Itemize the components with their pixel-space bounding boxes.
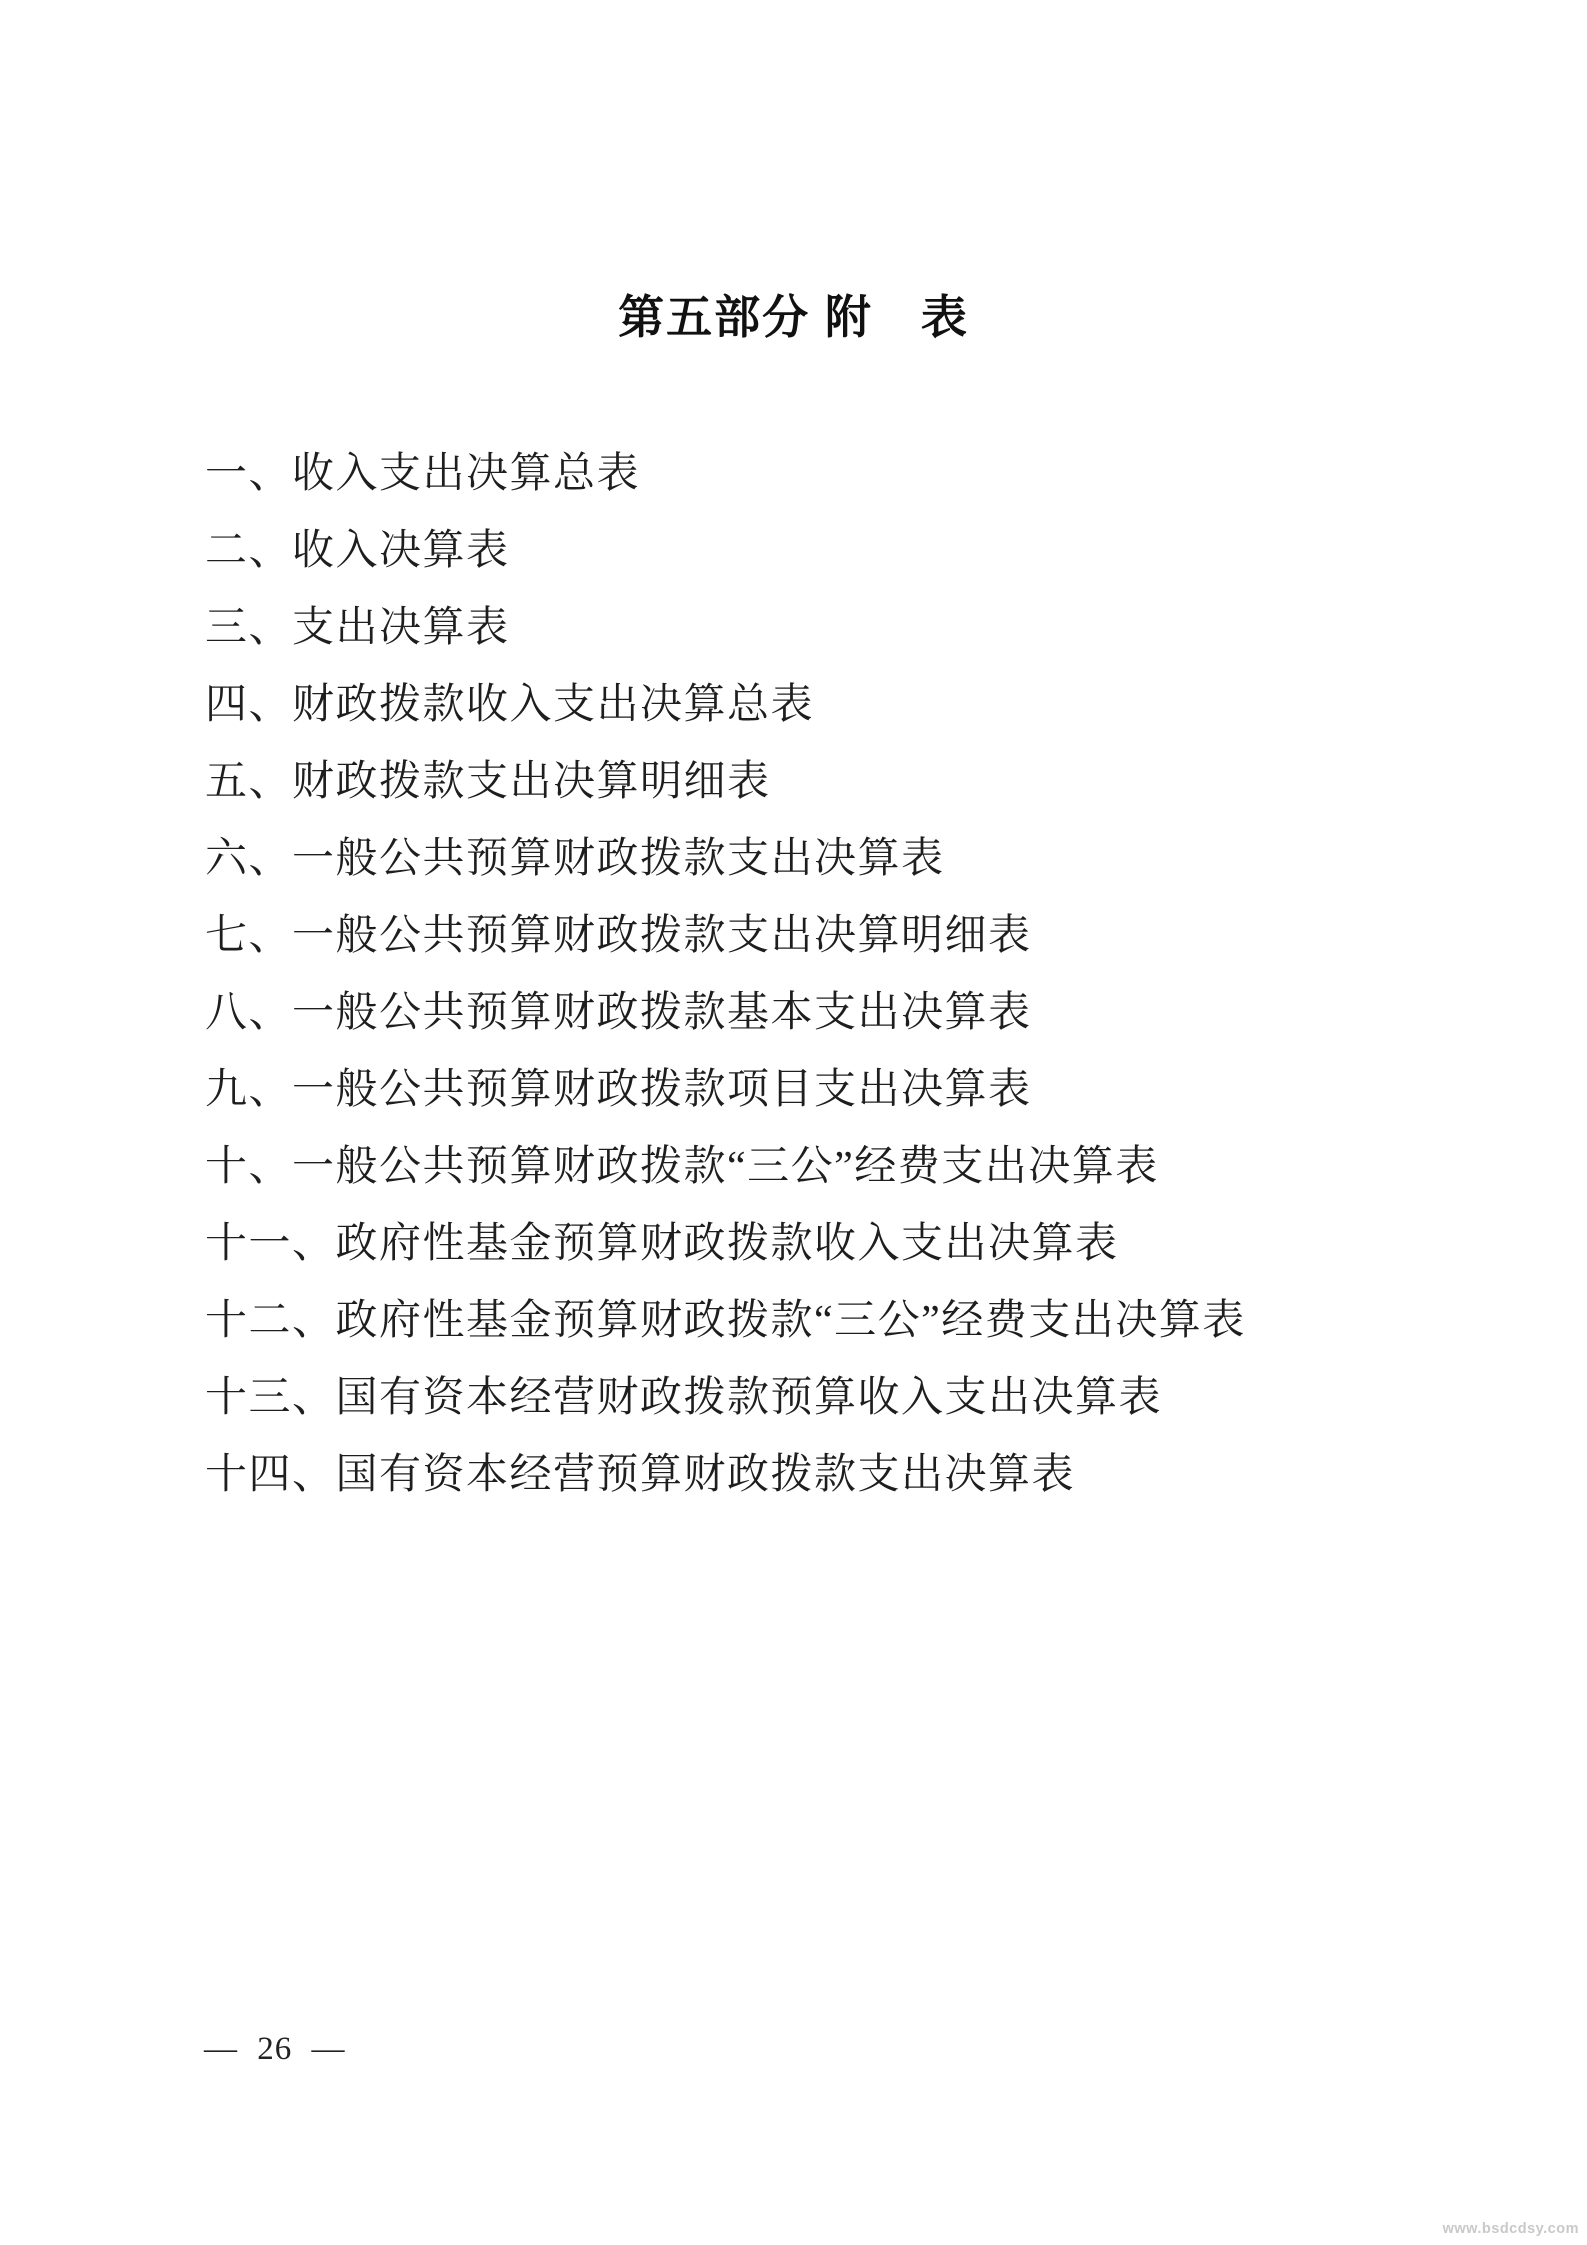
list-item: 八、一般公共预算财政拨款基本支出决算表 xyxy=(205,975,1246,1052)
list-item: 四、财政拨款收入支出决算总表 xyxy=(205,667,1246,744)
list-item: 二、收入决算表 xyxy=(205,513,1246,590)
list-item: 九、一般公共预算财政拨款项目支出决算表 xyxy=(205,1052,1246,1129)
watermark-text: www.bsdcdsy.com xyxy=(1443,2221,1579,2237)
list-item: 三、支出决算表 xyxy=(205,590,1246,667)
list-item: 六、一般公共预算财政拨款支出决算表 xyxy=(205,821,1246,898)
list-item: 十一、政府性基金预算财政拨款收入支出决算表 xyxy=(205,1206,1246,1283)
list-item: 七、一般公共预算财政拨款支出决算明细表 xyxy=(205,898,1246,975)
list-item: 十、一般公共预算财政拨款“三公”经费支出决算表 xyxy=(205,1129,1246,1206)
list-item: 十四、国有资本经营预算财政拨款支出决算表 xyxy=(205,1437,1246,1514)
list-item: 十二、政府性基金预算财政拨款“三公”经费支出决算表 xyxy=(205,1283,1246,1360)
page-number: — 26 — xyxy=(204,2030,346,2068)
list-item: 一、收入支出决算总表 xyxy=(205,436,1246,513)
page-title: 第五部分 附 表 xyxy=(0,291,1587,343)
attached-tables-list: 一、收入支出决算总表二、收入决算表三、支出决算表四、财政拨款收入支出决算总表五、… xyxy=(205,436,1246,1514)
document-page: 第五部分 附 表 一、收入支出决算总表二、收入决算表三、支出决算表四、财政拨款收… xyxy=(0,0,1587,2245)
list-item: 五、财政拨款支出决算明细表 xyxy=(205,744,1246,821)
list-item: 十三、国有资本经营财政拨款预算收入支出决算表 xyxy=(205,1360,1246,1437)
